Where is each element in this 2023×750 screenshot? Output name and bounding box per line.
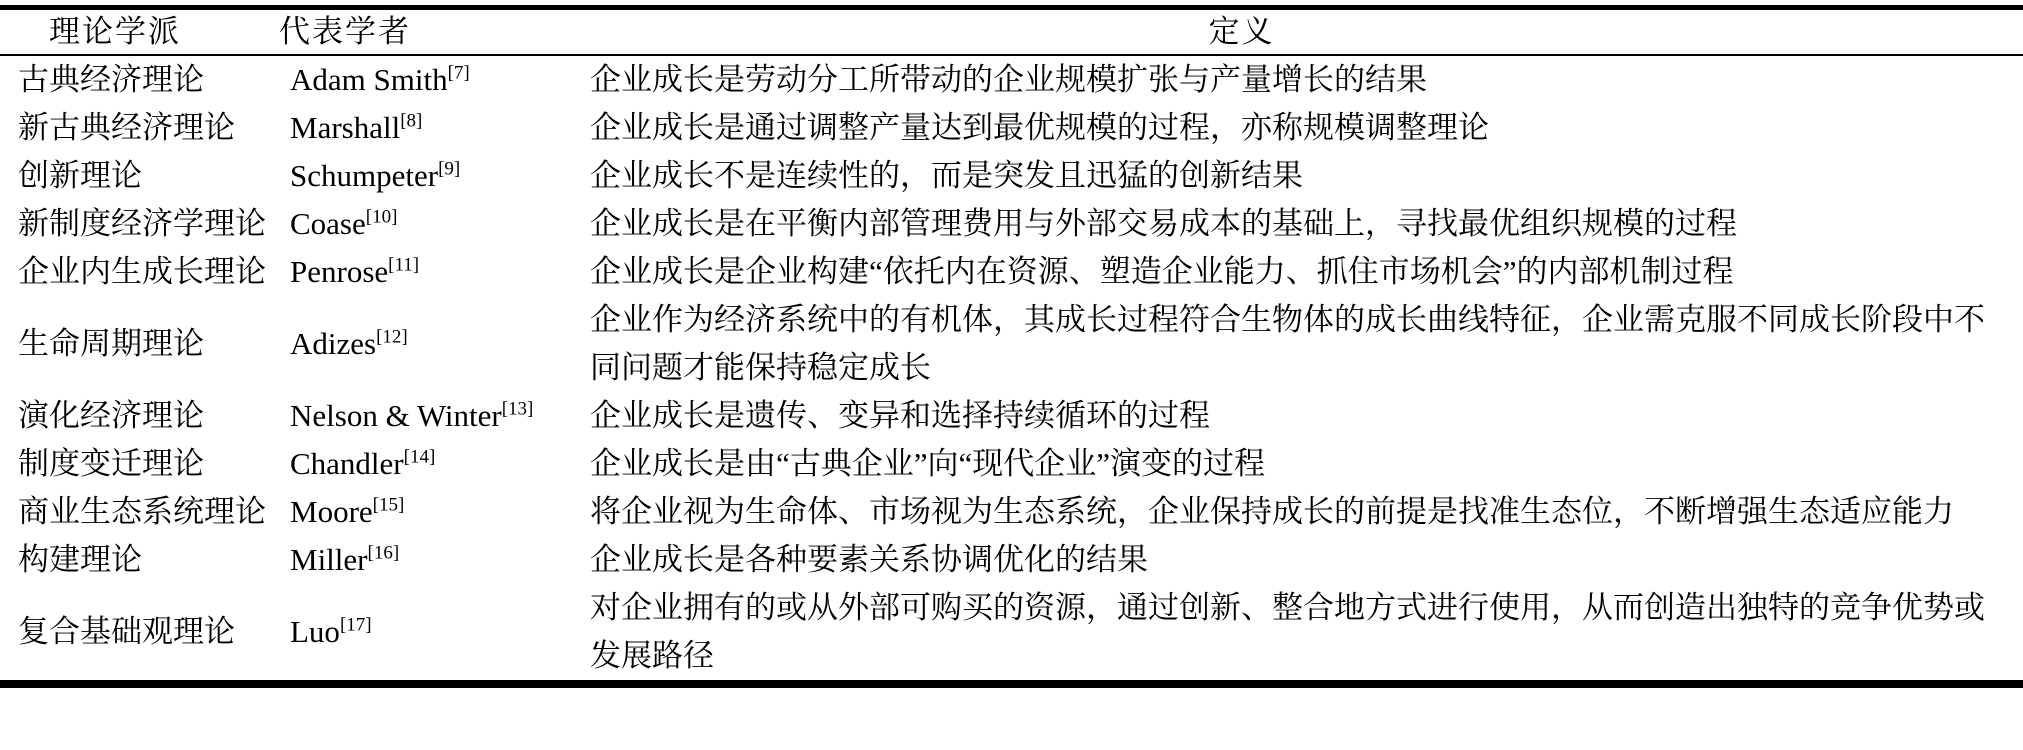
definition: 企业成长是由“古典企业”向“现代企业”演变的过程 <box>460 440 2023 488</box>
paper-page: 理论学派 代表学者 定义 古典经济理论 Adam Smith[7] 企业成长是劳… <box>0 0 2023 750</box>
citation-ref: [8] <box>400 111 422 132</box>
scholar-name: Nelson & Winter <box>290 398 502 433</box>
citation-ref: [9] <box>438 159 460 180</box>
theory-school: 制度变迁理论 <box>0 440 230 488</box>
table-row: 生命周期理论 Adizes[12] 企业作为经济系统中的有机体，其成长过程符合生… <box>0 296 2023 392</box>
scholar: Chandler[14] <box>230 440 460 488</box>
table-row: 创新理论 Schumpeter[9] 企业成长不是连续性的，而是突发且迅猛的创新… <box>0 152 2023 200</box>
table-row: 制度变迁理论 Chandler[14] 企业成长是由“古典企业”向“现代企业”演… <box>0 440 2023 488</box>
definition: 企业成长不是连续性的，而是突发且迅猛的创新结果 <box>460 152 2023 200</box>
citation-ref: [7] <box>448 63 470 84</box>
definition: 对企业拥有的或从外部可购买的资源，通过创新、整合地方式进行使用，从而创造出独特的… <box>460 584 2023 684</box>
scholar-name: Luo <box>290 614 340 649</box>
scholar-name: Adam Smith <box>290 62 448 97</box>
scholar: Luo[17] <box>230 584 460 684</box>
header-definition: 定义 <box>460 8 2023 56</box>
citation-ref: [17] <box>340 615 372 636</box>
citation-ref: [13] <box>502 399 534 420</box>
citation-ref: [14] <box>404 447 436 468</box>
theory-school: 企业内生成长理论 <box>0 248 230 296</box>
table-row: 商业生态系统理论 Moore[15] 将企业视为生命体、市场视为生态系统，企业保… <box>0 488 2023 536</box>
theory-school: 古典经济理论 <box>0 55 230 104</box>
definition: 企业成长是在平衡内部管理费用与外部交易成本的基础上，寻找最优组织规模的过程 <box>460 200 2023 248</box>
theory-school: 创新理论 <box>0 152 230 200</box>
scholar-name: Miller <box>290 542 368 577</box>
table-row: 演化经济理论 Nelson & Winter[13] 企业成长是遗传、变异和选择… <box>0 392 2023 440</box>
scholar: Marshall[8] <box>230 104 460 152</box>
table-row: 新制度经济学理论 Coase[10] 企业成长是在平衡内部管理费用与外部交易成本… <box>0 200 2023 248</box>
header-representative-scholar: 代表学者 <box>230 8 460 56</box>
theory-school: 构建理论 <box>0 536 230 584</box>
table-row: 企业内生成长理论 Penrose[11] 企业成长是企业构建“依托内在资源、塑造… <box>0 248 2023 296</box>
theory-school: 商业生态系统理论 <box>0 488 230 536</box>
scholar-name: Adizes <box>290 326 376 361</box>
scholar: Adam Smith[7] <box>230 55 460 104</box>
scholar: Miller[16] <box>230 536 460 584</box>
scholar-name: Moore <box>290 494 373 529</box>
definition: 企业成长是遗传、变异和选择持续循环的过程 <box>460 392 2023 440</box>
citation-ref: [15] <box>373 495 405 516</box>
table-row: 古典经济理论 Adam Smith[7] 企业成长是劳动分工所带动的企业规模扩张… <box>0 55 2023 104</box>
definition: 将企业视为生命体、市场视为生态系统，企业保持成长的前提是找准生态位，不断增强生态… <box>460 488 2023 536</box>
theory-school: 演化经济理论 <box>0 392 230 440</box>
table-row: 复合基础观理论 Luo[17] 对企业拥有的或从外部可购买的资源，通过创新、整合… <box>0 584 2023 684</box>
citation-ref: [10] <box>366 207 398 228</box>
table-row: 新古典经济理论 Marshall[8] 企业成长是通过调整产量达到最优规模的过程… <box>0 104 2023 152</box>
scholar-name: Schumpeter <box>290 158 438 193</box>
table-header-row: 理论学派 代表学者 定义 <box>0 8 2023 56</box>
scholar: Nelson & Winter[13] <box>230 392 460 440</box>
table-row: 构建理论 Miller[16] 企业成长是各种要素关系协调优化的结果 <box>0 536 2023 584</box>
scholar-name: Marshall <box>290 110 400 145</box>
theory-definition-table: 理论学派 代表学者 定义 古典经济理论 Adam Smith[7] 企业成长是劳… <box>0 5 2023 688</box>
theory-school: 复合基础观理论 <box>0 584 230 684</box>
header-theory-school: 理论学派 <box>0 8 230 56</box>
citation-ref: [12] <box>376 327 408 348</box>
theory-school: 生命周期理论 <box>0 296 230 392</box>
theory-school: 新古典经济理论 <box>0 104 230 152</box>
definition: 企业成长是通过调整产量达到最优规模的过程，亦称规模调整理论 <box>460 104 2023 152</box>
scholar-name: Penrose <box>290 254 388 289</box>
scholar: Adizes[12] <box>230 296 460 392</box>
definition: 企业成长是各种要素关系协调优化的结果 <box>460 536 2023 584</box>
scholar-name: Coase <box>290 206 366 241</box>
scholar: Schumpeter[9] <box>230 152 460 200</box>
citation-ref: [16] <box>368 543 400 564</box>
definition: 企业成长是企业构建“依托内在资源、塑造企业能力、抓住市场机会”的内部机制过程 <box>460 248 2023 296</box>
scholar-name: Chandler <box>290 446 404 481</box>
definition: 企业成长是劳动分工所带动的企业规模扩张与产量增长的结果 <box>460 55 2023 104</box>
definition: 企业作为经济系统中的有机体，其成长过程符合生物体的成长曲线特征，企业需克服不同成… <box>460 296 2023 392</box>
theory-school: 新制度经济学理论 <box>0 200 230 248</box>
citation-ref: [11] <box>388 255 419 276</box>
